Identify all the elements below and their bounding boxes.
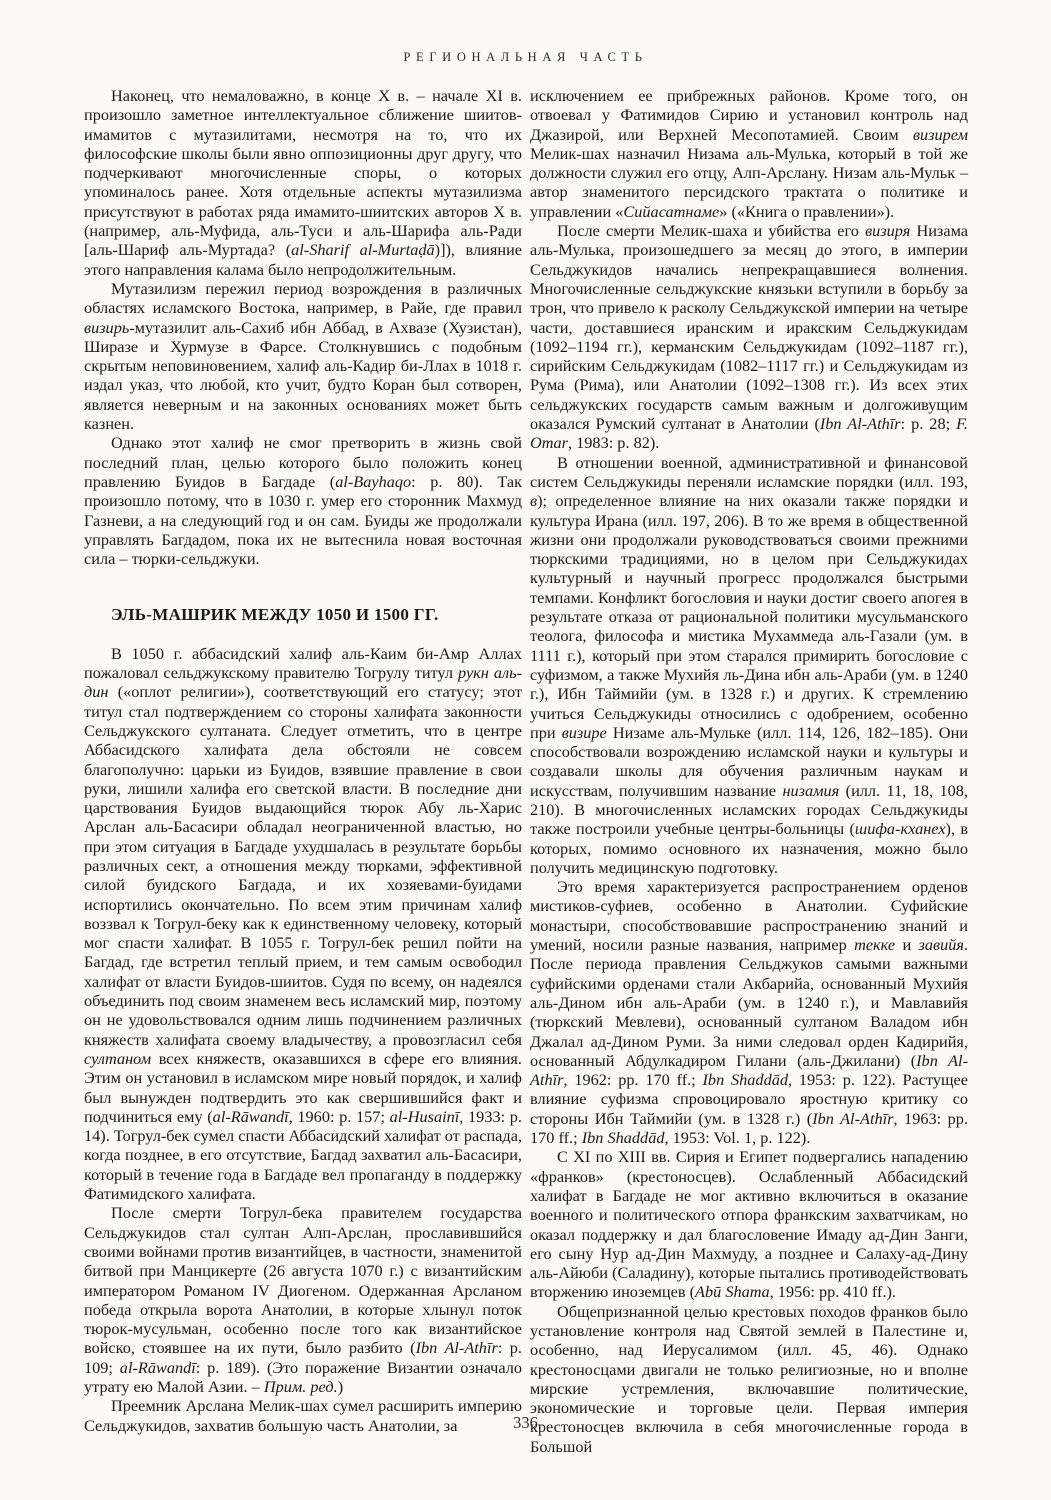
left-column: Наконец, что немаловажно, в конце X в. –…: [84, 86, 522, 1456]
paragraph: исключением ее прибрежных районов. Кроме…: [530, 86, 968, 221]
paragraph: В 1050 г. аббасидский халиф аль-Каим би-…: [84, 644, 522, 1204]
paragraph: После смерти Тогрул-бека правителем госу…: [84, 1203, 522, 1396]
paragraph: После смерти Мелик-шаха и убийства его в…: [530, 221, 968, 453]
paragraph: Мутазилизм пережил период возрождения в …: [84, 279, 522, 433]
text-columns: Наконец, что немаловажно, в конце X в. –…: [84, 86, 968, 1456]
running-header: РЕГИОНАЛЬНАЯ ЧАСТЬ: [0, 50, 1051, 65]
section-heading: ЭЛЬ-МАШРИК МЕЖДУ 1050 И 1500 ГГ.: [84, 605, 522, 624]
page-number: 336: [0, 1413, 1051, 1433]
right-column: исключением ее прибрежных районов. Кроме…: [530, 86, 968, 1456]
paragraph: Это время характеризуется распространени…: [530, 877, 968, 1147]
paragraph: В отношении военной, административной и …: [530, 453, 968, 878]
book-page: РЕГИОНАЛЬНАЯ ЧАСТЬ Наконец, что немалова…: [0, 0, 1051, 1500]
paragraph: Однако этот халиф не смог претворить в ж…: [84, 433, 522, 568]
paragraph: С XI по XIII вв. Сирия и Египет подверга…: [530, 1147, 968, 1301]
paragraph: Наконец, что немаловажно, в конце X в. –…: [84, 86, 522, 279]
